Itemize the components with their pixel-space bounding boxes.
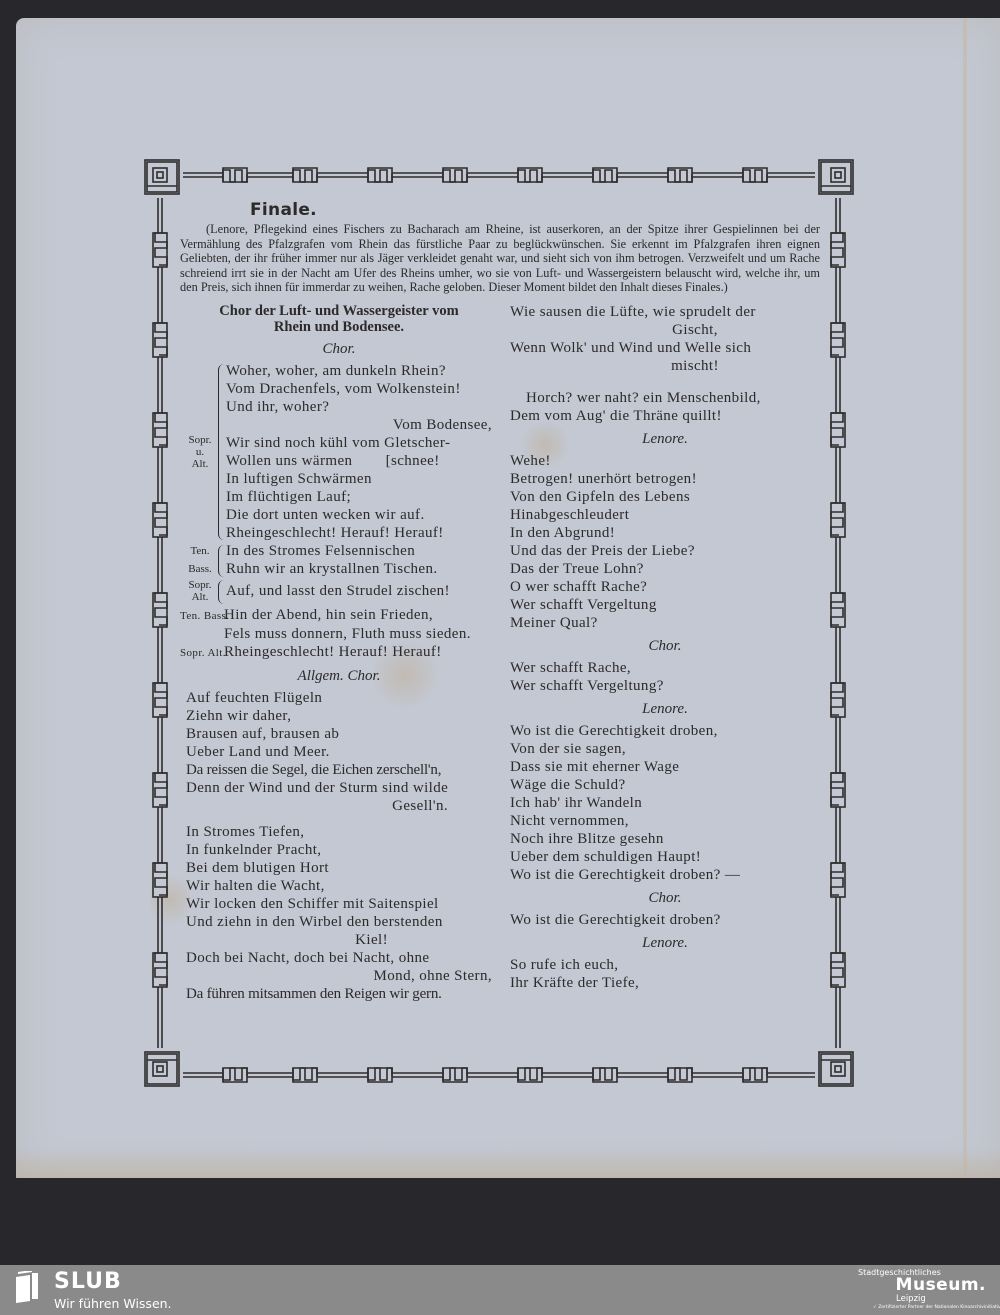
voice-label-sopr: Sopr. <box>180 579 220 591</box>
verse-line: Ziehn wir daher, <box>186 707 498 725</box>
voice-block-ten-bass: Ten. Bass. In des Stromes Felsennischen … <box>180 542 498 578</box>
voice-label: Sopr. Alt. <box>180 644 224 662</box>
voice-label: Sopr. u. Alt. <box>180 434 220 470</box>
verse-line: Noch ihre Blitze gesehn <box>510 830 820 848</box>
section-heading: Rhein und Bodensee. <box>180 319 498 335</box>
museum-city: Leipzig <box>896 1294 926 1304</box>
role-label-chor: Chor. <box>180 340 498 358</box>
voice-label-bass: Bass. <box>180 563 220 575</box>
verse-line: Dass sie mit eherner Wage <box>510 758 820 776</box>
role-label-chor: Chor. <box>510 637 820 655</box>
verse-line: Das der Treue Lohn? <box>510 560 820 578</box>
verse-line: Dem vom Aug' die Thräne quillt! <box>510 407 820 425</box>
museum-certification: ✓ Zertifizierter Partner der Nationalen … <box>873 1305 1000 1310</box>
slub-logo-text[interactable]: SLUB <box>54 1269 122 1294</box>
voice-block-sopr-alt-2: Sopr. Alt. Auf, und lasst den Strudel zi… <box>180 578 498 606</box>
finale-text-block: Finale. (Lenore, Pflegekind eines Fische… <box>180 200 820 303</box>
verse-line: Auf feuchten Flügeln <box>186 689 498 707</box>
verse-line: Von der sie sagen, <box>510 740 820 758</box>
verse-line: Und ziehn in den Wirbel den berstenden <box>186 913 498 931</box>
verse-line: Wo ist die Gerechtigkeit droben? <box>510 911 820 929</box>
voice-label-ten: Ten. <box>180 545 220 557</box>
verse-line: Die dort unten wecken wir auf. <box>226 506 498 524</box>
verse-line: Ruhn wir an krystallnen Tischen. <box>226 560 498 578</box>
brace-bracket <box>218 364 225 540</box>
verse-line: Wer schafft Vergeltung? <box>510 677 820 695</box>
verse-line: Denn der Wind und der Sturm sind wilde <box>186 779 498 797</box>
role-label-chor: Chor. <box>510 889 820 907</box>
verse-line: Woher, woher, am dunkeln Rhein? <box>226 362 498 380</box>
role-label-lenore: Lenore. <box>510 700 820 718</box>
verse-line: Wie sausen die Lüfte, wie sprudelt der <box>510 303 820 321</box>
verse-line: In des Stromes Felsennischen <box>226 542 498 560</box>
verse-line: Wir locken den Schiffer mit Saitenspiel <box>186 895 498 913</box>
voice-block-sopr-alt: Sopr. u. Alt. Woher, woher, am dunkeln R… <box>180 362 498 542</box>
finale-intro-paragraph: (Lenore, Pflegekind eines Fischers zu Ba… <box>180 222 820 295</box>
slub-book-icon <box>14 1271 40 1305</box>
verse-line: In funkelnder Pracht, <box>186 841 498 859</box>
verse-line: Da reissen die Segel, die Eichen zersche… <box>186 761 498 779</box>
verse-line: In den Abgrund! <box>510 524 820 542</box>
verse-line: Und ihr, woher? <box>226 398 498 416</box>
verse-line: O wer schafft Rache? <box>510 578 820 596</box>
museum-logo-text[interactable]: Museum. <box>896 1275 986 1295</box>
verse-line: Betrogen! unerhört betrogen! <box>510 470 820 488</box>
verse-line: Wir sind noch kühl vom Gletscher- <box>226 434 498 452</box>
verse-line: Horch? wer naht? ein Menschenbild, <box>510 389 820 407</box>
verse-line: In Stromes Tiefen, <box>186 823 498 841</box>
verse-line: Im flüchtigen Lauf; <box>226 488 498 506</box>
verse-line: Wo ist die Gerechtigkeit droben, <box>510 722 820 740</box>
verse-line: Wo ist die Gerechtigkeit droben? — <box>510 866 820 884</box>
section-heading: Chor der Luft- und Wassergeister vom <box>180 303 498 319</box>
verse-line: Ueber dem schuldigen Haupt! <box>510 848 820 866</box>
voice-label: Ten. Bass. <box>180 607 224 625</box>
verse-line: Ihr Kräfte der Tiefe, <box>510 974 820 992</box>
brace-bracket <box>218 580 225 604</box>
voice-label-alt: Alt. <box>180 591 220 603</box>
verse-line: Hinabgeschleudert <box>510 506 820 524</box>
paper-fold-line <box>963 18 967 1178</box>
verse-line: Wer schafft Rache, <box>510 659 820 677</box>
verse-line: Wollen uns wärmen [schnee! <box>226 452 498 470</box>
verse-line: Auf, und lasst den Strudel zischen! <box>226 578 498 600</box>
stanza: Auf feuchten Flügeln Ziehn wir daher, Br… <box>180 689 498 1003</box>
footer-bar: SLUB Wir führen Wissen. Stadtgeschichtli… <box>0 1265 1000 1315</box>
role-label-lenore: Lenore. <box>510 430 820 448</box>
verse-line: Wir halten die Wacht, <box>186 877 498 895</box>
verse-line: Ueber Land und Meer. <box>186 743 498 761</box>
verse-line: Meiner Qual? <box>510 614 820 632</box>
verse-line: Und das der Preis der Liebe? <box>510 542 820 560</box>
verse-line: Gischt, <box>510 321 820 339</box>
left-column: Chor der Luft- und Wassergeister vom Rhe… <box>180 303 498 1003</box>
verse-line: Sopr. Alt.Rheingeschlecht! Herauf! Herau… <box>180 643 498 662</box>
verse-line: Gesell'n. <box>186 797 498 815</box>
verse-line: So rufe ich euch, <box>510 956 820 974</box>
verse-line: Fels muss donnern, Fluth muss sieden. <box>180 625 498 643</box>
verse-line: Rheingeschlecht! Herauf! Herauf! <box>226 524 498 542</box>
verse-line: Doch bei Nacht, doch bei Nacht, ohne <box>186 949 498 967</box>
verse-line: Von den Gipfeln des Lebens <box>510 488 820 506</box>
finale-title: Finale. <box>250 200 820 220</box>
role-label-lenore: Lenore. <box>510 934 820 952</box>
verse-line: Nicht vernommen, <box>510 812 820 830</box>
verse-line: Vom Bodensee, <box>226 416 498 434</box>
brace-bracket <box>218 545 225 577</box>
verse-line: Kiel! <box>186 931 498 949</box>
right-column: Wie sausen die Lüfte, wie sprudelt der G… <box>510 303 820 992</box>
verse-line: Wehe! <box>510 452 820 470</box>
verse-line: Mond, ohne Stern, <box>186 967 498 985</box>
verse-line: In luftigen Schwärmen <box>226 470 498 488</box>
verse-line: Wenn Wolk' und Wind und Welle sich <box>510 339 820 357</box>
verse-line: Ten. Bass.Hin der Abend, hin sein Friede… <box>180 606 498 625</box>
verse-line: Vom Drachenfels, vom Wolkenstein! <box>226 380 498 398</box>
role-label-allgem-chor: Allgem. Chor. <box>180 667 498 685</box>
verse-line: mischt! <box>510 357 820 375</box>
verse-line: Ich hab' ihr Wandeln <box>510 794 820 812</box>
verse-line: Bei dem blutigen Hort <box>186 859 498 877</box>
verse-line: Wäge die Schuld? <box>510 776 820 794</box>
verse-line: Wer schafft Vergeltung <box>510 596 820 614</box>
slub-tagline: Wir führen Wissen. <box>54 1296 172 1311</box>
verse-line: Da führen mitsammen den Reigen wir gern. <box>186 985 498 1003</box>
verse-line: Brausen auf, brausen ab <box>186 725 498 743</box>
